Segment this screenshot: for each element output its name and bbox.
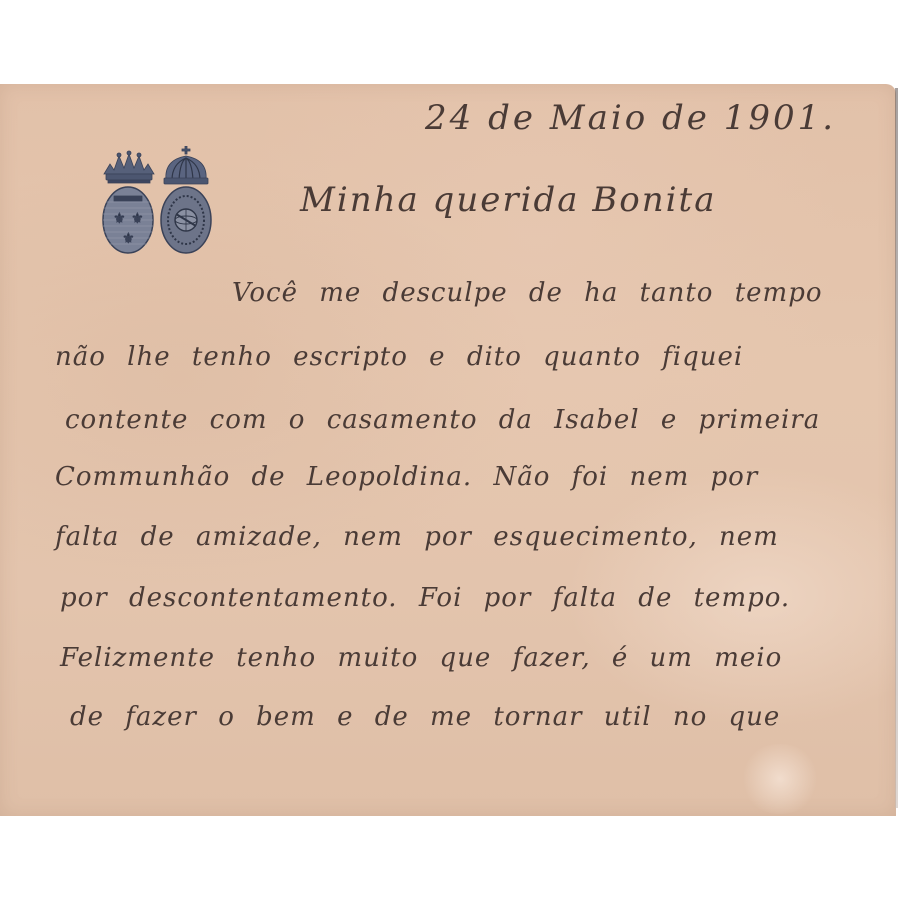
paper-stain [740, 744, 820, 814]
coronet-icon [104, 151, 154, 183]
letter-line: contente com o casamento da Isabel e pri… [65, 405, 820, 435]
letterhead-crest-icon: ⚜ ⚜ ⚜ [100, 146, 216, 258]
letter-line: falta de amizade, nem por esquecimento, … [55, 522, 779, 552]
letter-line: não lhe tenho escripto e dito quanto fiq… [55, 342, 743, 372]
svg-text:⚜: ⚜ [122, 231, 135, 247]
svg-text:⚜: ⚜ [131, 211, 144, 227]
letter-line: Felizmente tenho muito que fazer, é um m… [60, 643, 782, 673]
letter-line: Communhão de Leopoldina. Não foi nem por [55, 462, 758, 492]
letter-line: de fazer o bem e de me tornar util no qu… [70, 702, 780, 732]
letter-date: 24 de Maio de 1901. [425, 98, 836, 138]
letter-line: por descontentamento. Foi por falta de t… [60, 583, 790, 613]
armillary-sphere-shield-icon [161, 187, 211, 253]
image-canvas: ⚜ ⚜ ⚜ 24 de Maio de 1901. Minha querida … [0, 0, 900, 900]
imperial-crown-icon [164, 146, 208, 184]
svg-text:⚜: ⚜ [113, 211, 126, 227]
letter-greeting: Minha querida Bonita [300, 180, 716, 220]
letter-line: Você me desculpe de ha tanto tempo [232, 278, 823, 308]
fleur-de-lis-shield-icon: ⚜ ⚜ ⚜ [103, 187, 153, 253]
